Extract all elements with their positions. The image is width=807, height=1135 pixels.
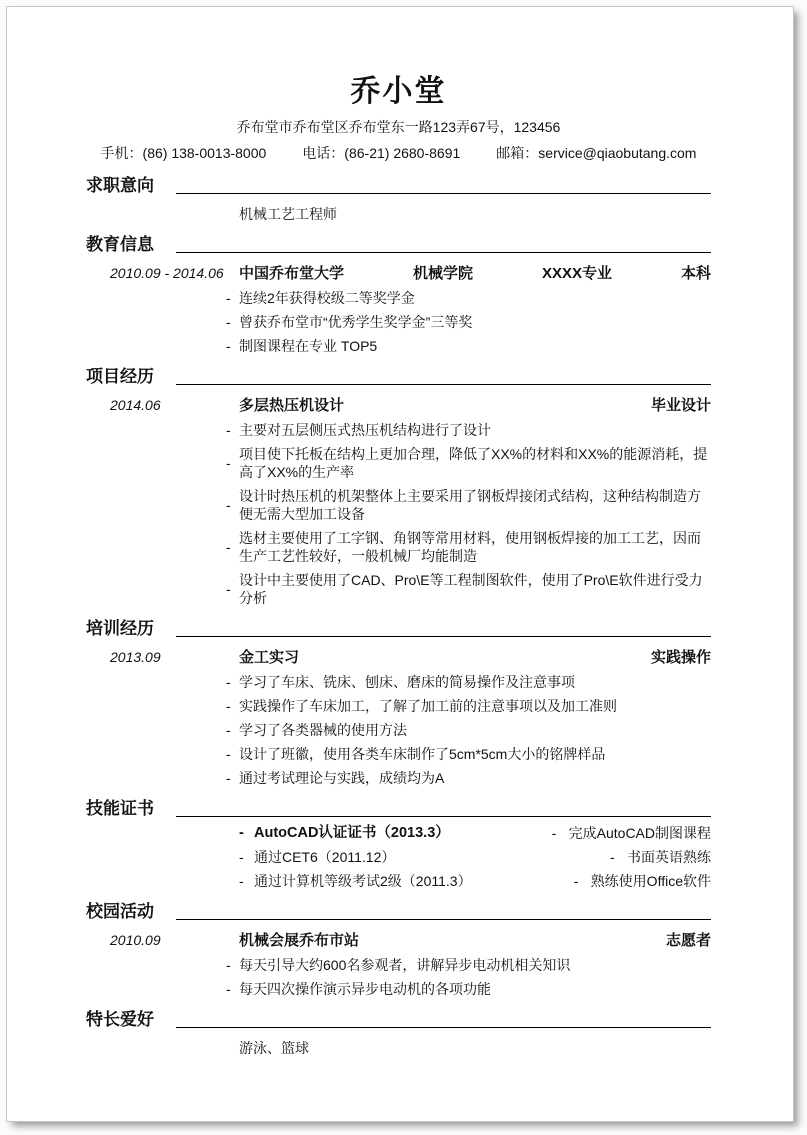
contact-line: 手机：(86) 138-0013-8000 电话：(86-21) 2680-86… bbox=[86, 144, 711, 162]
mobile-label: 手机： bbox=[101, 145, 143, 161]
section-title-education: 教育信息 bbox=[86, 233, 154, 256]
activity-entry-row: 2010.09 机械会展乔布市站 志愿者 bbox=[86, 931, 711, 950]
education-bullets: 连续2年获得校级二等奖学金 曾获乔布堂市“优秀学生奖学金”三等奖 制图课程在专业… bbox=[239, 289, 711, 355]
list-item: 学习了各类器械的使用方法 bbox=[239, 721, 711, 739]
activity-bullets: 每天引导大约600名参观者，讲解异步电动机相关知识 每天四次操作演示异步电动机的… bbox=[239, 956, 711, 998]
section-training: 培训经历 2013.09 金工实习 实践操作 学习了车床、铣床、刨床、磨床的简易… bbox=[86, 617, 711, 787]
project-title: 多层热压机设计 bbox=[239, 396, 344, 415]
education-school: 中国乔布堂大学 bbox=[239, 264, 344, 283]
list-item: 选材主要使用了工字钢、角钢等常用材料，使用钢板焊接的加工工艺，因而生产工艺性较好… bbox=[239, 529, 711, 565]
skill-note: 完成AutoCAD制图课程 bbox=[552, 824, 711, 842]
section-projects: 项目经历 2014.06 多层热压机设计 毕业设计 主要对五层侧压式热压机结构进… bbox=[86, 365, 711, 607]
training-title: 金工实习 bbox=[239, 648, 299, 667]
training-date: 2013.09 bbox=[86, 648, 239, 667]
section-activities-header: 校园活动 bbox=[86, 900, 711, 923]
list-item: 学习了车床、铣床、刨床、磨床的简易操作及注意事项 bbox=[239, 673, 711, 691]
section-divider bbox=[176, 252, 711, 253]
list-item: 设计中主要使用了CAD、Pro\E等工程制图软件，使用了Pro\E软件进行受力分… bbox=[239, 571, 711, 607]
list-item: 制图课程在专业 TOP5 bbox=[239, 337, 711, 355]
activity-date: 2010.09 bbox=[86, 931, 239, 950]
section-education: 教育信息 2010.09 - 2014.06 中国乔布堂大学 机械学院 XXXX… bbox=[86, 233, 711, 355]
list-item: 曾获乔布堂市“优秀学生奖学金”三等奖 bbox=[239, 313, 711, 331]
skill-certificate: AutoCAD认证证书（2013.3） bbox=[239, 824, 450, 842]
skill-row: 通过CET6（2011.12） 书面英语熟练 bbox=[239, 848, 711, 866]
section-hobbies: 特长爱好 游泳、篮球 bbox=[86, 1008, 711, 1057]
section-title-activities: 校园活动 bbox=[86, 900, 154, 923]
mobile-pair: 手机：(86) 138-0013-8000 bbox=[101, 144, 267, 162]
section-divider bbox=[176, 193, 711, 194]
skills-rows: AutoCAD认证证书（2013.3） 完成AutoCAD制图课程 通过CET6… bbox=[239, 824, 711, 890]
section-objective-header: 求职意向 bbox=[86, 174, 711, 197]
list-item: 通过考试理论与实践，成绩均为A bbox=[239, 769, 711, 787]
project-entry-row: 2014.06 多层热压机设计 毕业设计 bbox=[86, 396, 711, 415]
skill-row: AutoCAD认证证书（2013.3） 完成AutoCAD制图课程 bbox=[239, 824, 711, 842]
education-college: 机械学院 bbox=[413, 264, 473, 283]
training-tag: 实践操作 bbox=[651, 648, 711, 667]
list-item: 实践操作了车床加工，了解了加工前的注意事项以及加工准则 bbox=[239, 697, 711, 715]
section-education-header: 教育信息 bbox=[86, 233, 711, 256]
objective-text: 机械工艺工程师 bbox=[239, 205, 711, 223]
section-objective: 求职意向 机械工艺工程师 bbox=[86, 174, 711, 223]
section-training-header: 培训经历 bbox=[86, 617, 711, 640]
list-item: 项目使下托板在结构上更加合理，降低了XX%的材料和XX%的能源消耗，提高了XX%… bbox=[239, 445, 711, 481]
section-hobbies-header: 特长爱好 bbox=[86, 1008, 711, 1031]
training-bullets: 学习了车床、铣床、刨床、磨床的简易操作及注意事项 实践操作了车床加工，了解了加工… bbox=[239, 673, 711, 787]
skill-certificate: 通过计算机等级考试2级（2011.3） bbox=[239, 872, 472, 890]
education-columns: 中国乔布堂大学 机械学院 XXXX专业 本科 bbox=[239, 264, 711, 283]
phone-pair: 电话：(86-21) 2680-8691 bbox=[302, 144, 460, 162]
section-title-training: 培训经历 bbox=[86, 617, 154, 640]
email-pair: 邮箱：service@qiaobutang.com bbox=[496, 144, 696, 162]
phone-value: (86-21) 2680-8691 bbox=[344, 145, 460, 161]
section-divider bbox=[176, 384, 711, 385]
section-skills-header: 技能证书 bbox=[86, 797, 711, 820]
section-divider bbox=[176, 816, 711, 817]
section-activities: 校园活动 2010.09 机械会展乔布市站 志愿者 每天引导大约600名参观者，… bbox=[86, 900, 711, 998]
skill-note: 书面英语熟练 bbox=[610, 848, 711, 866]
resume-body: 求职意向 机械工艺工程师 教育信息 2010.09 - 2014.06 中国乔布… bbox=[86, 174, 711, 1057]
hobbies-text: 游泳、篮球 bbox=[239, 1039, 711, 1057]
activity-tag: 志愿者 bbox=[666, 931, 711, 950]
skill-note: 熟练使用Office软件 bbox=[574, 872, 711, 890]
email-value: service@qiaobutang.com bbox=[538, 145, 696, 161]
resume-page: 乔小堂 乔布堂市乔布堂区乔布堂东一路123弄67号，123456 手机：(86)… bbox=[6, 6, 794, 1122]
section-title-skills: 技能证书 bbox=[86, 797, 154, 820]
section-title-projects: 项目经历 bbox=[86, 365, 154, 388]
email-label: 邮箱： bbox=[496, 145, 538, 161]
skill-certificate: 通过CET6（2011.12） bbox=[239, 848, 395, 866]
education-entry-row: 2010.09 - 2014.06 中国乔布堂大学 机械学院 XXXX专业 本科 bbox=[86, 264, 711, 283]
project-tag: 毕业设计 bbox=[651, 396, 711, 415]
phone-label: 电话： bbox=[302, 145, 344, 161]
education-major: XXXX专业 bbox=[542, 264, 612, 283]
candidate-name: 乔小堂 bbox=[86, 75, 711, 109]
section-projects-header: 项目经历 bbox=[86, 365, 711, 388]
section-divider bbox=[176, 919, 711, 920]
list-item: 设计了班徽，使用各类车床制作了5cm*5cm大小的铭牌样品 bbox=[239, 745, 711, 763]
project-bullets: 主要对五层侧压式热压机结构进行了设计 项目使下托板在结构上更加合理，降低了XX%… bbox=[239, 421, 711, 607]
education-degree: 本科 bbox=[681, 264, 711, 283]
mobile-value: (86) 138-0013-8000 bbox=[143, 145, 267, 161]
list-item: 连续2年获得校级二等奖学金 bbox=[239, 289, 711, 307]
section-divider bbox=[176, 636, 711, 637]
activity-title: 机械会展乔布市站 bbox=[239, 931, 359, 950]
section-title-objective: 求职意向 bbox=[86, 174, 154, 197]
section-divider bbox=[176, 1027, 711, 1028]
address-line: 乔布堂市乔布堂区乔布堂东一路123弄67号，123456 bbox=[86, 118, 711, 136]
education-date: 2010.09 - 2014.06 bbox=[86, 264, 239, 283]
skill-row: 通过计算机等级考试2级（2011.3） 熟练使用Office软件 bbox=[239, 872, 711, 890]
training-entry-row: 2013.09 金工实习 实践操作 bbox=[86, 648, 711, 667]
list-item: 主要对五层侧压式热压机结构进行了设计 bbox=[239, 421, 711, 439]
project-date: 2014.06 bbox=[86, 396, 239, 415]
section-skills: 技能证书 AutoCAD认证证书（2013.3） 完成AutoCAD制图课程 通… bbox=[86, 797, 711, 890]
resume-header: 乔小堂 乔布堂市乔布堂区乔布堂东一路123弄67号，123456 手机：(86)… bbox=[86, 75, 711, 162]
list-item: 每天引导大约600名参观者，讲解异步电动机相关知识 bbox=[239, 956, 711, 974]
list-item: 每天四次操作演示异步电动机的各项功能 bbox=[239, 980, 711, 998]
section-title-hobbies: 特长爱好 bbox=[86, 1008, 154, 1031]
list-item: 设计时热压机的机架整体上主要采用了钢板焊接闭式结构，这种结构制造方便无需大型加工… bbox=[239, 487, 711, 523]
